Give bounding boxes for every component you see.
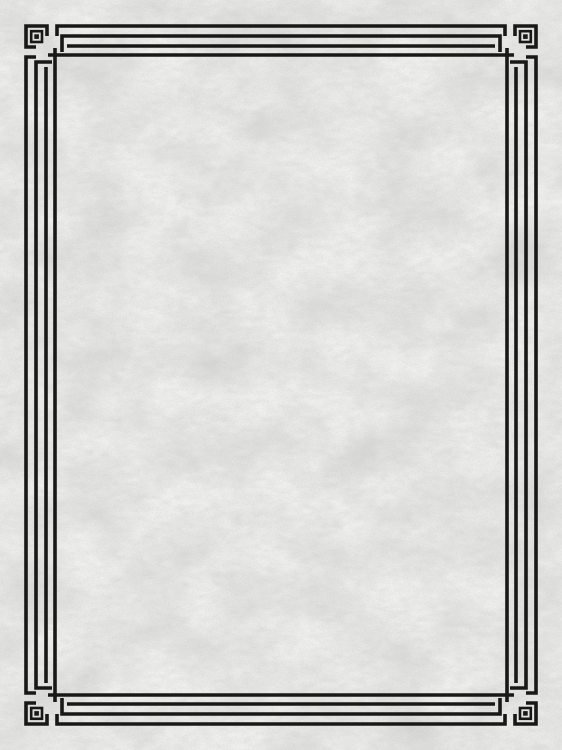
rug-photo	[0, 0, 562, 750]
corner-knot-bottom-right	[515, 703, 536, 724]
frame-line-top-second	[62, 36, 500, 52]
ornamental-frame	[0, 0, 562, 750]
frame-line-right-second	[510, 62, 526, 688]
frame-line-bottom-second	[62, 698, 500, 714]
frame-line-left-second	[36, 62, 52, 688]
corner-knot-top-right	[515, 26, 536, 47]
corner-knot-top-left	[26, 26, 47, 47]
frame-lines	[26, 26, 536, 724]
corner-knot-bottom-left	[26, 703, 47, 724]
